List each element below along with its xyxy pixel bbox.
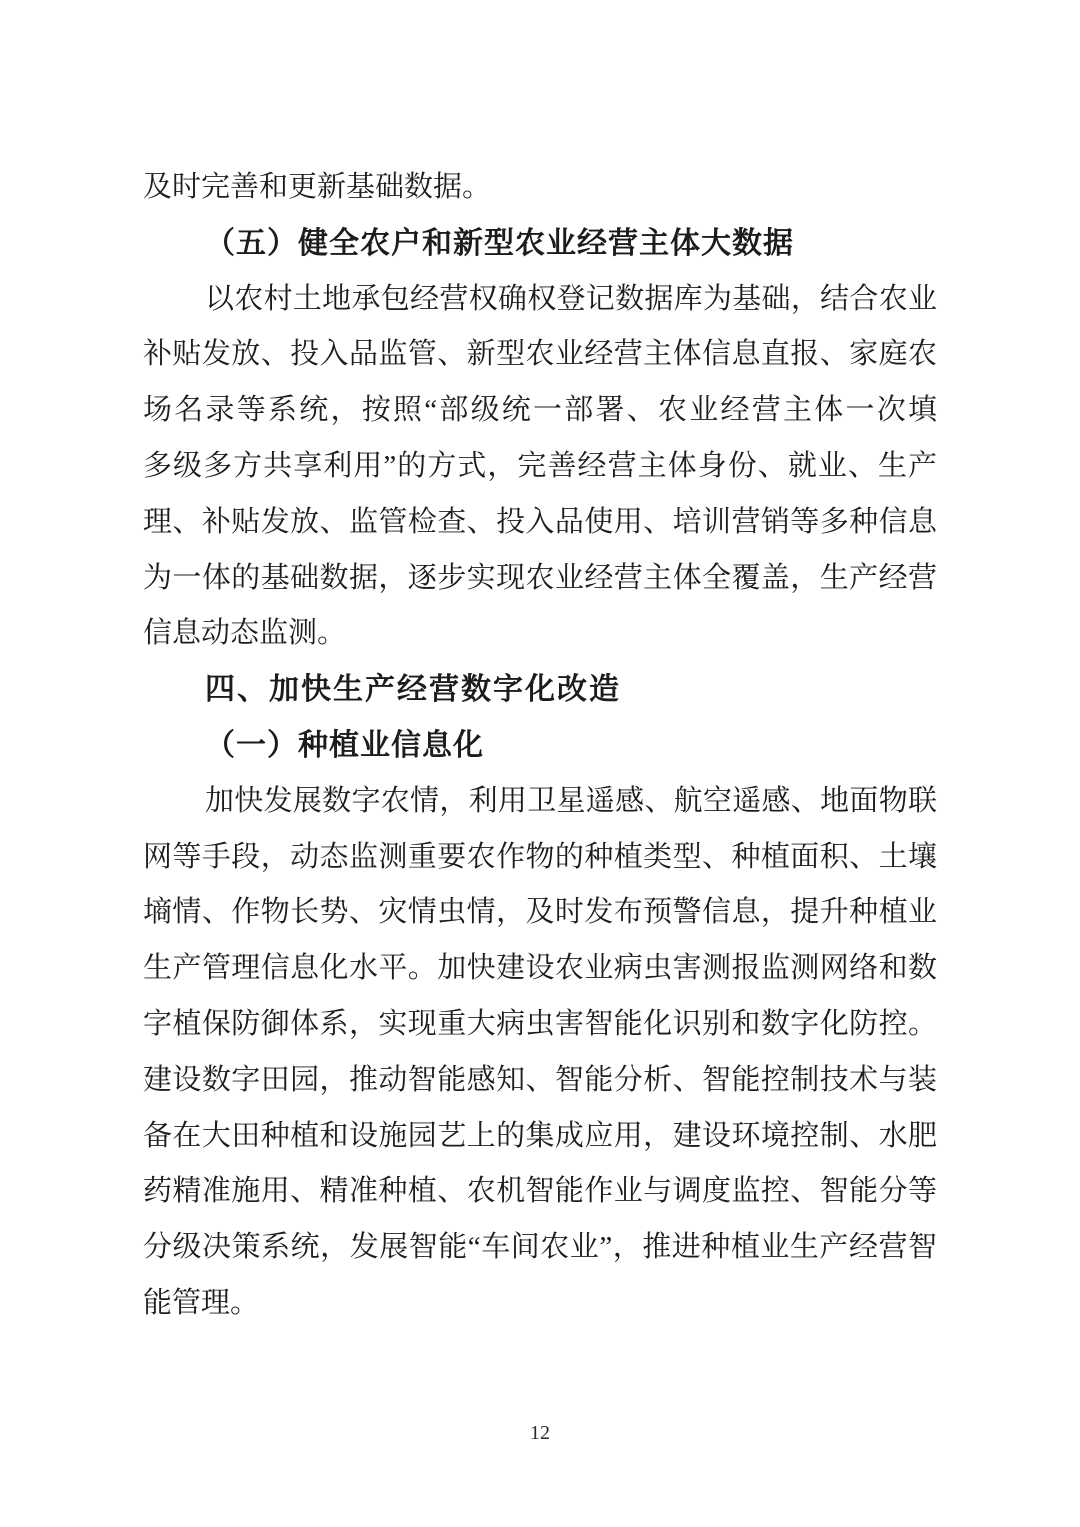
body-line: 理、补贴发放、监管检查、投入品使用、培训营销等多种信息 [143, 495, 937, 551]
document-body: 及时完善和更新基础数据。 （五）健全农户和新型农业经营主体大数据 以农村土地承包… [143, 160, 937, 1332]
chapter-heading-four: 四、加快生产经营数字化改造 [143, 662, 937, 718]
section-heading-five: （五）健全农户和新型农业经营主体大数据 [143, 216, 937, 272]
body-line: 分级决策系统，发展智能“车间农业”，推进种植业生产经营智 [143, 1220, 937, 1276]
body-line: 建设数字田园，推动智能感知、智能分析、智能控制技术与装 [143, 1053, 937, 1109]
body-line: 场名录等系统，按照“部级统一部署、农业经营主体一次填报、 [143, 383, 937, 439]
body-line: 多级多方共享利用”的方式，完善经营主体身份、就业、生产管 [143, 439, 937, 495]
body-line: 备在大田种植和设施园艺上的集成应用，建设环境控制、水肥 [143, 1109, 937, 1165]
body-line: 能管理。 [143, 1276, 937, 1332]
body-line: 药精准施用、精准种植、农机智能作业与调度监控、智能分等 [143, 1164, 937, 1220]
body-line: 补贴发放、投入品监管、新型农业经营主体信息直报、家庭农 [143, 327, 937, 383]
document-page: { "page": { "number": "12", "background_… [0, 0, 1080, 1527]
body-line: 生产管理信息化水平。加快建设农业病虫害测报监测网络和数 [143, 941, 937, 997]
body-line: 及时完善和更新基础数据。 [143, 160, 937, 216]
body-line: 字植保防御体系，实现重大病虫害智能化识别和数字化防控。 [143, 997, 937, 1053]
body-line: 加快发展数字农情，利用卫星遥感、航空遥感、地面物联 [143, 774, 937, 830]
body-line: 信息动态监测。 [143, 606, 937, 662]
page-number: 12 [0, 1418, 1080, 1448]
body-line: 为一体的基础数据，逐步实现农业经营主体全覆盖，生产经营 [143, 551, 937, 607]
body-line: 网等手段，动态监测重要农作物的种植类型、种植面积、土壤 [143, 830, 937, 886]
section-heading-one: （一）种植业信息化 [143, 718, 937, 774]
body-line: 墒情、作物长势、灾情虫情，及时发布预警信息，提升种植业 [143, 885, 937, 941]
body-line: 以农村土地承包经营权确权登记数据库为基础，结合农业 [143, 272, 937, 328]
